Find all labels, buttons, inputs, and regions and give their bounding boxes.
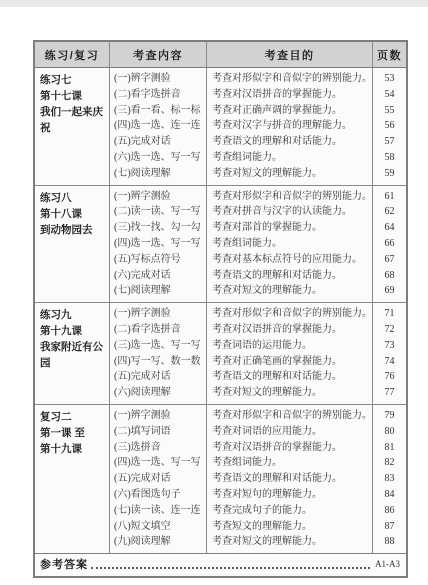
item-content: (四)选一选、写一写 bbox=[110, 236, 206, 252]
header-pages: 页数 bbox=[373, 42, 406, 67]
item-purpose: 考查对正确声调的掌握能力。 bbox=[207, 103, 372, 119]
section-title-cell: 练习七第十七课我们一起来庆祝 bbox=[35, 68, 110, 185]
item-content-cell: (一)辨字测验(二)看字选拼音(三)选一选、写一写(四)写一写、数一数(五)完成… bbox=[110, 303, 207, 404]
item-page: 54 bbox=[373, 87, 406, 103]
table-section: 练习七第十七课我们一起来庆祝(一)辨字测验(二)看字选拼音(三)看一看、标一标(… bbox=[35, 68, 406, 186]
item-content: (五)完成对话 bbox=[110, 369, 206, 385]
item-page: 53 bbox=[373, 71, 406, 87]
section-title-line: 第十七课 bbox=[40, 88, 106, 104]
item-page: 82 bbox=[373, 455, 406, 471]
item-content: (二)看字选拼音 bbox=[110, 322, 206, 338]
item-content: (六)阅读理解 bbox=[110, 385, 206, 401]
section-title-cell: 练习九第十九课我家附近有公园 bbox=[35, 303, 110, 404]
item-purpose-cell: 考查对形似字和音似字的辨别能力。考查对汉语拼音的掌握能力。考查对正确声调的掌握能… bbox=[207, 68, 373, 185]
item-purpose: 考查对汉语拼音的掌握能力。 bbox=[207, 440, 372, 456]
section-title-line: 第十九课 bbox=[40, 323, 106, 339]
item-content: (七)读一读、连一连 bbox=[110, 503, 206, 519]
header-content: 考查内容 bbox=[110, 42, 207, 67]
section-title-line: 我家附近有公园 bbox=[40, 339, 106, 371]
item-content: (五)写标点符号 bbox=[110, 252, 206, 268]
item-purpose: 考查对拼音与汉字的认读能力。 bbox=[207, 204, 372, 220]
item-page: 86 bbox=[373, 503, 406, 519]
answer-key-row: 参考答案 A1-A3 bbox=[35, 553, 406, 576]
item-page: 58 bbox=[373, 150, 406, 166]
item-purpose: 考查对短文的理解能力。 bbox=[207, 385, 372, 401]
item-page: 88 bbox=[373, 534, 406, 550]
item-purpose: 考查语文的理解和对话能力。 bbox=[207, 369, 372, 385]
item-page: 57 bbox=[373, 134, 406, 150]
item-content: (一)辨字测验 bbox=[110, 306, 206, 322]
section-title-line: 第十九课 bbox=[40, 441, 106, 457]
section-title-cell: 练习八第十八课到动物园去 bbox=[35, 186, 110, 303]
section-title-cell: 复习二第一课 至第十九课 bbox=[35, 405, 110, 553]
item-purpose: 考查对短文的理解能力。 bbox=[207, 283, 372, 299]
item-content: (五)完成对话 bbox=[110, 134, 206, 150]
exercise-overview-table: 练习/复习考查内容考查目的页数 练习七第十七课我们一起来庆祝(一)辨字测验(二)… bbox=[33, 40, 408, 578]
item-page: 61 bbox=[373, 189, 406, 205]
dotted-leader bbox=[91, 567, 370, 569]
item-page: 84 bbox=[373, 487, 406, 503]
item-purpose: 考查对汉字与拼音的理解能力。 bbox=[207, 118, 372, 134]
item-content: (四)选一选、连一连 bbox=[110, 118, 206, 134]
item-content: (三)看一看、标一标 bbox=[110, 103, 206, 119]
item-purpose-cell: 考查对形似字和音似字的辨别能力。考查对词语的应用能力。考查对汉语拼音的掌握能力。… bbox=[207, 405, 373, 553]
item-content: (六)选一选、写一写 bbox=[110, 150, 206, 166]
item-content: (四)写一写、数一数 bbox=[110, 354, 206, 370]
item-page: 73 bbox=[373, 338, 406, 354]
item-purpose: 考查词语的运用能力。 bbox=[207, 338, 372, 354]
item-page: 83 bbox=[373, 471, 406, 487]
item-page: 69 bbox=[373, 283, 406, 299]
item-content-cell: (一)辨字测验(二)读一读、写一写(三)找一找、勾一勾(四)选一选、写一写(五)… bbox=[110, 186, 207, 303]
item-content: (六)完成对话 bbox=[110, 268, 206, 284]
header-exercise: 练习/复习 bbox=[35, 42, 110, 67]
item-page: 87 bbox=[373, 519, 406, 535]
section-title-line: 第十八课 bbox=[40, 206, 106, 222]
item-page: 68 bbox=[373, 268, 406, 284]
item-content: (一)辨字测验 bbox=[110, 189, 206, 205]
item-purpose: 考查完成句子的能力。 bbox=[207, 503, 372, 519]
item-purpose: 考查对词语的应用能力。 bbox=[207, 424, 372, 440]
item-content-cell: (一)辨字测验(二)填写词语(三)选拼音(四)选一选、写一写(五)完成对话(六)… bbox=[110, 405, 207, 553]
item-purpose: 考查语文的理解和对话能力。 bbox=[207, 471, 372, 487]
item-page: 72 bbox=[373, 322, 406, 338]
item-purpose: 考查对形似字和音似字的辨别能力。 bbox=[207, 71, 372, 87]
item-page-cell: 61626466676869 bbox=[373, 186, 406, 303]
item-page-cell: 717273747677 bbox=[373, 303, 406, 404]
item-page: 79 bbox=[373, 408, 406, 424]
item-content: (二)填写词语 bbox=[110, 424, 206, 440]
item-content: (二)读一读、写一写 bbox=[110, 204, 206, 220]
item-content: (二)看字选拼音 bbox=[110, 87, 206, 103]
item-purpose: 考查对形似字和音似字的辨别能力。 bbox=[207, 189, 372, 205]
item-page: 59 bbox=[373, 166, 406, 182]
section-title-line: 练习八 bbox=[40, 190, 106, 206]
item-content: (九)阅读理解 bbox=[110, 534, 206, 550]
item-page-cell: 53545556575859 bbox=[373, 68, 406, 185]
item-purpose: 考查对正确笔画的掌握能力。 bbox=[207, 354, 372, 370]
item-page: 55 bbox=[373, 103, 406, 119]
item-purpose: 考查对形似字和音似字的辨别能力。 bbox=[207, 306, 372, 322]
item-page: 77 bbox=[373, 385, 406, 401]
table-header-row: 练习/复习考查内容考查目的页数 bbox=[35, 42, 406, 68]
item-content-cell: (一)辨字测验(二)看字选拼音(三)看一看、标一标(四)选一选、连一连(五)完成… bbox=[110, 68, 207, 185]
item-content: (四)选一选、写一写 bbox=[110, 455, 206, 471]
item-content: (八)短文填空 bbox=[110, 519, 206, 535]
item-page: 71 bbox=[373, 306, 406, 322]
section-title-line: 第一课 至 bbox=[40, 425, 106, 441]
item-page: 62 bbox=[373, 204, 406, 220]
item-page: 74 bbox=[373, 354, 406, 370]
item-purpose: 考查语文的理解和对话能力。 bbox=[207, 268, 372, 284]
item-purpose: 考查对短文的理解能力。 bbox=[207, 534, 372, 550]
item-page: 66 bbox=[373, 236, 406, 252]
item-content: (七)阅读理解 bbox=[110, 166, 206, 182]
item-purpose: 考查对部首的掌握能力。 bbox=[207, 220, 372, 236]
item-content: (一)辨字测验 bbox=[110, 408, 206, 424]
item-purpose: 考查组词能力。 bbox=[207, 236, 372, 252]
item-purpose: 考查对短文的理解能力。 bbox=[207, 166, 372, 182]
item-content: (三)选拼音 bbox=[110, 440, 206, 456]
item-page: 76 bbox=[373, 369, 406, 385]
answer-key-label: 参考答案 bbox=[40, 559, 88, 571]
section-title-line: 到动物园去 bbox=[40, 222, 106, 238]
section-title-line: 练习九 bbox=[40, 307, 106, 323]
item-page: 81 bbox=[373, 440, 406, 456]
section-title-line: 复习二 bbox=[40, 409, 106, 425]
header-purpose: 考查目的 bbox=[207, 42, 373, 67]
item-purpose: 考查组词能力。 bbox=[207, 150, 372, 166]
item-content: (六)看图选句子 bbox=[110, 487, 206, 503]
section-title-line: 练习七 bbox=[40, 72, 106, 88]
table-section: 练习八第十八课到动物园去(一)辨字测验(二)读一读、写一写(三)找一找、勾一勾(… bbox=[35, 186, 406, 304]
item-purpose: 考查短文的理解能力。 bbox=[207, 519, 372, 535]
table-section: 练习九第十九课我家附近有公园(一)辨字测验(二)看字选拼音(三)选一选、写一写(… bbox=[35, 303, 406, 405]
item-purpose: 考查组词能力。 bbox=[207, 455, 372, 471]
item-purpose: 考查对形似字和音似字的辨别能力。 bbox=[207, 408, 372, 424]
table-section: 复习二第一课 至第十九课(一)辨字测验(二)填写词语(三)选拼音(四)选一选、写… bbox=[35, 405, 406, 553]
item-page: 67 bbox=[373, 252, 406, 268]
table-sections: 练习七第十七课我们一起来庆祝(一)辨字测验(二)看字选拼音(三)看一看、标一标(… bbox=[35, 68, 406, 553]
item-purpose: 考查对汉语拼音的掌握能力。 bbox=[207, 322, 372, 338]
item-purpose: 考查语文的理解和对话能力。 bbox=[207, 134, 372, 150]
item-content: (五)完成对话 bbox=[110, 471, 206, 487]
item-page: 80 bbox=[373, 424, 406, 440]
item-content: (一)辨字测验 bbox=[110, 71, 206, 87]
section-title-line: 我们一起来庆祝 bbox=[40, 104, 106, 136]
item-page: 56 bbox=[373, 118, 406, 134]
page-scan-edge bbox=[0, 0, 428, 7]
item-purpose-cell: 考查对形似字和音似字的辨别能力。考查对拼音与汉字的认读能力。考查对部首的掌握能力… bbox=[207, 186, 373, 303]
item-content: (三)选一选、写一写 bbox=[110, 338, 206, 354]
item-purpose-cell: 考查对形似字和音似字的辨别能力。考查对汉语拼音的掌握能力。考查词语的运用能力。考… bbox=[207, 303, 373, 404]
item-content: (三)找一找、勾一勾 bbox=[110, 220, 206, 236]
item-page: 64 bbox=[373, 220, 406, 236]
item-purpose: 考查对基本标点符号的应用能力。 bbox=[207, 252, 372, 268]
item-page-cell: 798081828384868788 bbox=[373, 405, 406, 553]
item-content: (七)阅读理解 bbox=[110, 283, 206, 299]
item-purpose: 考查对短句的理解能力。 bbox=[207, 487, 372, 503]
item-purpose: 考查对汉语拼音的掌握能力。 bbox=[207, 87, 372, 103]
answer-key-pages: A1-A3 bbox=[375, 559, 400, 571]
